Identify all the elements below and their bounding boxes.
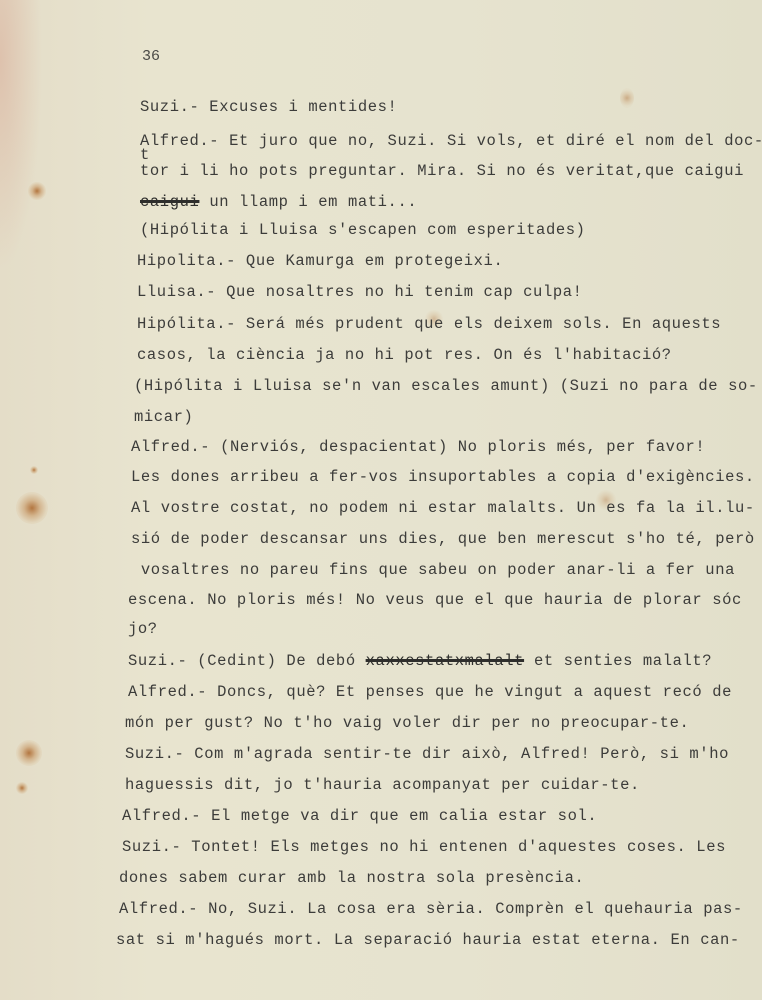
text-line: món per gust? No t'ho vaig voler dir per…	[125, 714, 689, 732]
text-line: jo?	[128, 620, 158, 638]
typewritten-page: 36 Suzi.- Excuses i mentides!Alfred.- Et…	[0, 0, 762, 1000]
text-line: Alfred.- (Nerviós, despacientat) No plor…	[131, 438, 705, 456]
foxing-stain	[16, 492, 48, 524]
text-line: Hipólita.- Será més prudent que els deix…	[137, 315, 721, 333]
foxing-stain	[620, 88, 634, 108]
text-line: Suzi.- (Cedint) De debó xaxxestatxmalalt…	[128, 652, 712, 670]
text-line: micar)	[134, 408, 193, 426]
text-line: Alfred.- Doncs, què? Et penses que he vi…	[128, 683, 732, 701]
text-line: Al vostre costat, no podem ni estar mala…	[131, 499, 755, 517]
foxing-stain	[16, 740, 42, 766]
text-line: Hipolita.- Que Kamurga em protegeixi.	[137, 252, 503, 270]
text-line: Alfred.- El metge va dir que em calia es…	[122, 807, 597, 825]
struck-text: xaxxestatxmalalt	[366, 652, 524, 670]
foxing-stain	[28, 182, 46, 200]
text-line: sió de poder descansar uns dies, que ben…	[131, 530, 755, 548]
text-line: (Hipólita i Lluisa se'n van escales amun…	[134, 377, 758, 395]
text-line: (Hipólita i Lluisa s'escapen com esperit…	[140, 221, 586, 239]
text-line: Les dones arribeu a fer-vos insuportable…	[131, 468, 755, 486]
text-line: Suzi.- Excuses i mentides!	[140, 98, 397, 116]
page-number: 36	[142, 48, 160, 65]
text-line: Alfred.- No, Suzi. La cosa era sèria. Co…	[119, 900, 743, 918]
struck-text: caigui	[140, 193, 199, 211]
text-line: Suzi.- Com m'agrada sentir-te dir això, …	[125, 745, 729, 763]
text-line: Suzi.- Tontet! Els metges no hi entenen …	[122, 838, 726, 856]
text-line: dones sabem curar amb la nostra sola pre…	[119, 869, 584, 887]
text-line: casos, la ciència ja no hi pot res. On é…	[137, 346, 672, 364]
text-line: Alfred.- Et juro que no, Suzi. Si vols, …	[140, 132, 762, 150]
text-line: sat si m'hagués mort. La separació hauri…	[116, 931, 740, 949]
text-line: tor i li ho pots preguntar. Mira. Si no …	[140, 162, 744, 180]
foxing-stain	[16, 782, 28, 794]
text-line: vosaltres no pareu fins que sabeu on pod…	[131, 561, 735, 579]
text-line: haguessis dit, jo t'hauria acompanyat pe…	[125, 776, 640, 794]
text-line: Lluisa.- Que nosaltres no hi tenim cap c…	[137, 283, 583, 301]
text-line: caigui un llamp i em mati...	[140, 193, 417, 211]
text-line: escena. No ploris més! No veus que el qu…	[128, 591, 742, 609]
foxing-stain	[30, 466, 38, 474]
